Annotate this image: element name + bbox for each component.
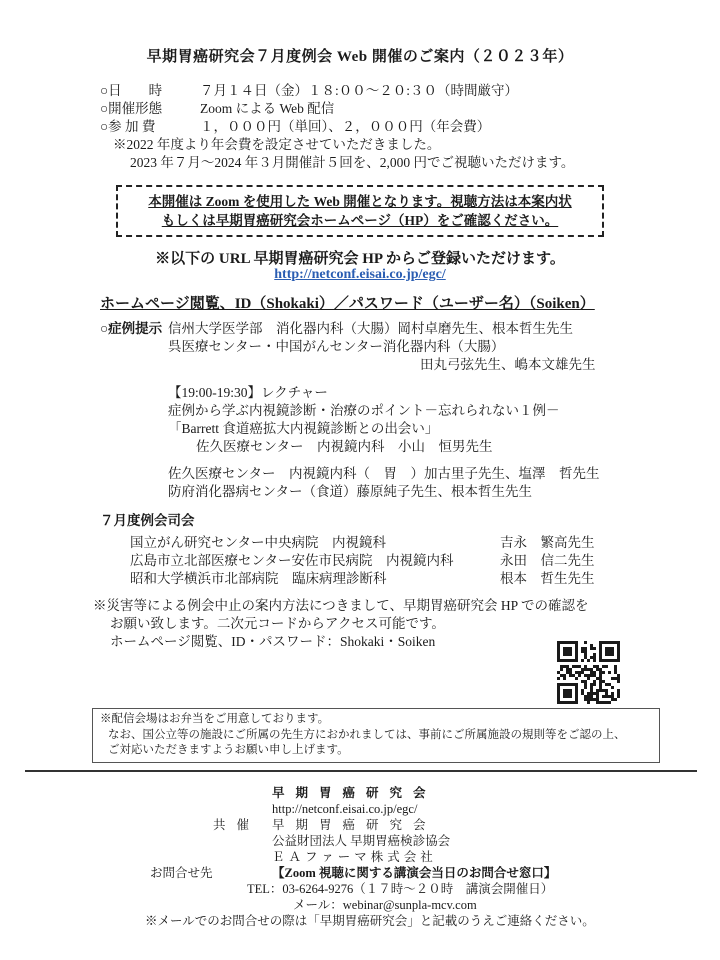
document-title: 早期胃癌研究会７月度例会 Web 開催のご案内（２０２３年） [0, 45, 720, 66]
info-value-format: Zoom による Web 配信 [200, 100, 334, 118]
registration-note: ※以下の URL 早期胃癌研究会 HP からご登録いただけます。 [0, 247, 720, 268]
info-value-fee: １，０００円（単回）、２，０００円（年会費） [200, 118, 490, 136]
moderator-affiliation: 国立がん研究センター中央病院 内視鏡科 [130, 534, 500, 552]
moderators-heading: ７月度例会司会 [100, 512, 595, 530]
footer-cosponsor-1-text: 早期胃癌研究会 [272, 818, 437, 832]
disaster-note-section: ※災害等による例会中止の案内方法につきまして、早期胃癌研究会 HP での確認を … [93, 597, 588, 651]
venue-line-3: ご対応いただきますようお願い申し上げます。 [108, 743, 652, 759]
case-line-1: 信州大学医学部 消化器内科（大腸）岡村卓磨先生、根本哲生先生 [168, 320, 596, 338]
footer-cosponsor-3: ＥＡファーマ株式会社 [272, 849, 720, 865]
zoom-notice-box: 本開催は Zoom を使用した Web 開催となります。視聴方法は本案内状 もし… [116, 185, 604, 237]
registration-url-line: http://netconf.eisai.co.jp/egc/ [0, 267, 720, 283]
moderator-row: 国立がん研究センター中央病院 内視鏡科 吉永 繁高先生 [130, 534, 595, 552]
additional-case-1: 佐久医療センター 内視鏡内科（ 胃 ）加古里子先生、塩澤 哲先生 [168, 465, 599, 483]
footer-org-url: http://netconf.eisai.co.jp/egc/ [272, 801, 720, 817]
event-info: ○日 時 ７月１４日（金）１８:００～２０:３０（時間厳守） ○開催形態 Zoo… [100, 82, 574, 172]
footer-cosponsor-1: 共催早期胃癌研究会 [272, 817, 720, 833]
case-presentation-label: ○症例提示 [100, 320, 168, 374]
lecture-time-header: 【19:00-19:30】レクチャー [168, 384, 560, 402]
info-row-fee: ○参 加 費 １，０００円（単回）、２，０００円（年会費） [100, 118, 574, 136]
zoom-notice-line1: 本開催は Zoom を使用した Web 開催となります。視聴方法は本案内状 [124, 192, 596, 211]
registration-link[interactable]: http://netconf.eisai.co.jp/egc/ [274, 267, 445, 282]
footer-email-note: ※メールでのお問合せの際は「早期胃癌研究会」と記載のうえご連絡ください。 [145, 913, 720, 929]
disaster-line-3: ホームページ閲覧、ID・パスワード：Shokaki・Soiken [110, 633, 588, 651]
moderator-row: 広島市立北部医療センター安佐市民病院 内視鏡内科 永田 信二先生 [130, 552, 595, 570]
footer-cosponsor-2: 公益財団法人 早期胃癌検診協会 [272, 833, 720, 849]
footer-section: 早期胃癌研究会 http://netconf.eisai.co.jp/egc/ … [0, 785, 720, 929]
info-label-date: ○日 時 [100, 82, 200, 100]
venue-line-1: ※配信会場はお弁当をご用意しております。 [100, 712, 652, 728]
info-row-date: ○日 時 ７月１４日（金）１８:００～２０:３０（時間厳守） [100, 82, 574, 100]
info-label-fee: ○参 加 費 [100, 118, 200, 136]
lecture-speaker: 佐久医療センター 内視鏡内科 小山 恒男先生 [196, 438, 560, 456]
moderator-name: 永田 信二先生 [500, 552, 595, 570]
case-presentation-content: 信州大学医学部 消化器内科（大腸）岡村卓磨先生、根本哲生先生 呉医療センター・中… [168, 320, 596, 374]
qr-code [557, 641, 620, 704]
lecture-title-line2: 「Barrett 食道癌拡大内視鏡診断との出会い」 [168, 420, 560, 438]
fee-note-1: ※2022 年度より年会費を設定させていただきました。 [113, 136, 574, 154]
disaster-line-2: お願い致します。二次元コードからアクセス可能です。 [110, 615, 588, 633]
disaster-line-1: ※災害等による例会中止の案内方法につきまして、早期胃癌研究会 HP での確認を [93, 597, 588, 615]
moderator-affiliation: 昭和大学横浜市北部病院 臨床病理診断科 [130, 570, 500, 588]
additional-case-2: 防府消化器病センター（食道）藤原純子先生、根本哲生先生 [168, 483, 599, 501]
moderator-name: 吉永 繁高先生 [500, 534, 595, 552]
document-page: 早期胃癌研究会７月度例会 Web 開催のご案内（２０２３年） ○日 時 ７月１４… [0, 0, 720, 960]
venue-note-box: ※配信会場はお弁当をご用意しております。 なお、国公立等の施設にご所属の先生方に… [92, 708, 660, 763]
moderators-section: ７月度例会司会 国立がん研究センター中央病院 内視鏡科 吉永 繁高先生 広島市立… [100, 512, 595, 588]
lecture-section: 【19:00-19:30】レクチャー 症例から学ぶ内視鏡診断・治療のポイント－忘… [168, 384, 560, 456]
moderator-affiliation: 広島市立北部医療センター安佐市民病院 内視鏡内科 [130, 552, 500, 570]
moderator-row: 昭和大学横浜市北部病院 臨床病理診断科 根本 哲生先生 [130, 570, 595, 588]
moderator-name: 根本 哲生先生 [500, 570, 595, 588]
footer-contact-window-text: 【Zoom 視聴に関する講演会当日のお問合せ窓口】 [272, 866, 556, 880]
info-label-format: ○開催形態 [100, 100, 200, 118]
venue-line-2: なお、国公立等の施設にご所属の先生方におかれましては、事前にご所属施設の規則等を… [108, 728, 652, 744]
info-value-date: ７月１４日（金）１８:００～２０:３０（時間厳守） [200, 82, 518, 100]
additional-cases-section: 佐久医療センター 内視鏡内科（ 胃 ）加古里子先生、塩澤 哲先生 防府消化器病セ… [168, 465, 599, 501]
case-line-2: 呉医療センター・中国がんセンター消化器内科（大腸） [168, 338, 596, 356]
info-row-format: ○開催形態 Zoom による Web 配信 [100, 100, 574, 118]
footer-email: メール：webinar@sunpla-mcv.com [293, 897, 720, 913]
footer-contact-label: お問合せ先 [150, 865, 213, 881]
case-line-3: 田丸弓弦先生、嶋本文雄先生 [420, 356, 596, 374]
case-presentation-section: ○症例提示 信州大学医学部 消化器内科（大腸）岡村卓磨先生、根本哲生先生 呉医療… [100, 320, 596, 374]
footer-contact-window: お問合せ先【Zoom 視聴に関する講演会当日のお問合せ窓口】 [272, 865, 720, 881]
fee-note-2: 2023 年７月～2024 年３月開催計５回を、2,000 円でご視聴いただけま… [130, 154, 574, 172]
footer-cosponsor-label: 共催 [213, 817, 260, 833]
footer-org-name: 早期胃癌研究会 [272, 785, 720, 801]
footer-tel: TEL：03-6264-9276（１７時～２０時 講演会開催日） [247, 881, 720, 897]
footer-divider [25, 770, 697, 772]
zoom-notice-line2: もしくは早期胃癌研究会ホームページ（HP）をご確認ください。 [124, 211, 596, 230]
lecture-title-line1: 症例から学ぶ内視鏡診断・治療のポイント－忘れられない１例－ [168, 402, 560, 420]
hp-credentials-header: ホームページ閲覧、ID（Shokaki）／パスワード（ユーザー名）（Soiken… [100, 292, 595, 313]
